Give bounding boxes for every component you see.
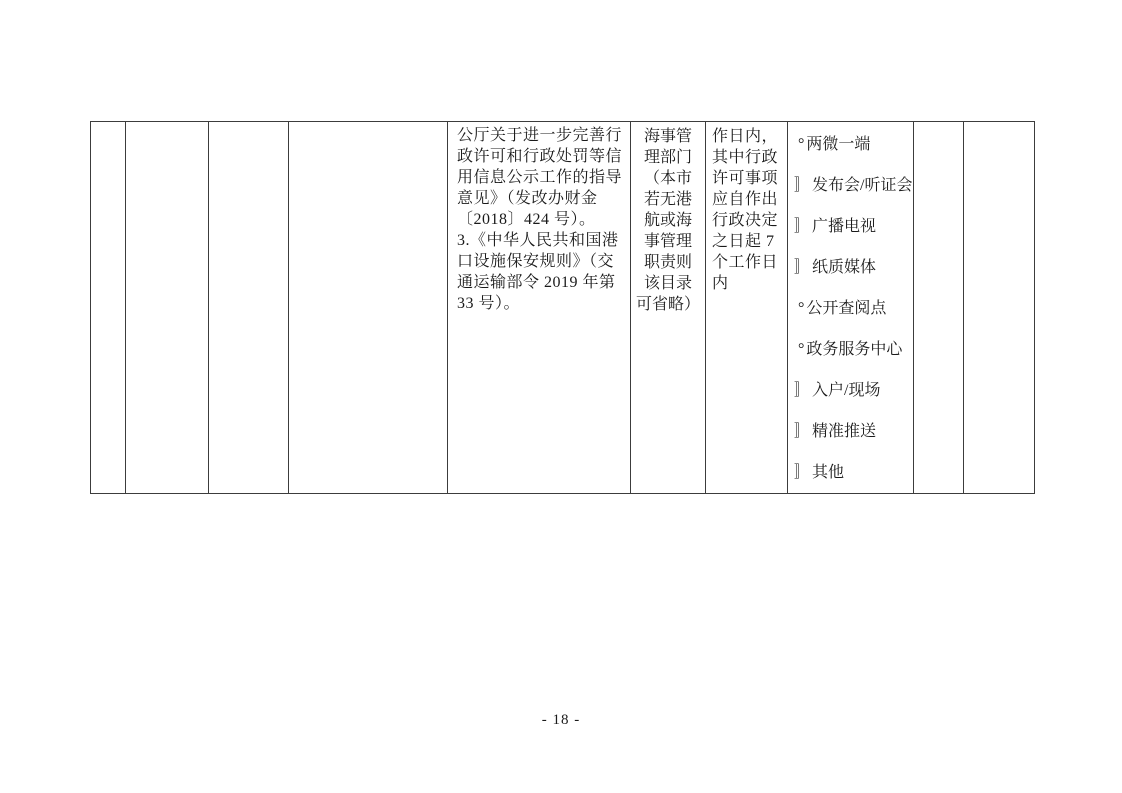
- publicity-item-label: 其他: [812, 464, 844, 481]
- publicity-item-label: 入户/现场: [812, 382, 880, 399]
- cell-publicity-channels: °两微一端 〛发布会/听证会 〛广播电视 〛纸质媒体 °公开查阅点 °政务服务中…: [788, 122, 914, 494]
- publicity-item: °两微一端: [794, 124, 911, 165]
- publicity-item: 〛发布会/听证会: [794, 165, 911, 206]
- checkbox-marker-icon: °: [794, 288, 804, 329]
- publicity-item-label: 两微一端: [806, 136, 870, 153]
- publicity-item-label: 发布会/听证会: [812, 177, 912, 194]
- cell-col4-empty: [289, 122, 448, 494]
- cell-time-limit: 作日内， 其中行政 许可事项 应自作出 行政决定 之日起 7 个工作日 内: [706, 122, 788, 494]
- document-page: 公厅关于进一步完善行 政许可和行政处罚等信 用信息公示工作的指导 意见》（发改办…: [0, 0, 1122, 793]
- checkbox-marker-icon: 〛: [794, 411, 810, 452]
- cell-legal-basis: 公厅关于进一步完善行 政许可和行政处罚等信 用信息公示工作的指导 意见》（发改办…: [448, 122, 631, 494]
- cell-implementing-department: 海事管 理部门 （本市 若无港 航或海 事管理 职责则 该目录 可省略）: [631, 122, 706, 494]
- checkbox-marker-icon: 〛: [794, 206, 810, 247]
- publicity-item-label: 广播电视: [812, 218, 876, 235]
- cell-col9-empty: [914, 122, 964, 494]
- table-row: 公厅关于进一步完善行 政许可和行政处罚等信 用信息公示工作的指导 意见》（发改办…: [91, 122, 1035, 494]
- checkbox-marker-icon: 〛: [794, 452, 810, 493]
- publicity-item: °政务服务中心: [794, 329, 911, 370]
- publicity-item-label: 政务服务中心: [806, 341, 902, 358]
- publicity-item: °公开查阅点: [794, 288, 911, 329]
- publicity-item-label: 精准推送: [812, 423, 876, 440]
- checkbox-marker-icon: 〛: [794, 165, 810, 206]
- checkbox-marker-icon: 〛: [794, 247, 810, 288]
- checkbox-marker-icon: °: [794, 124, 804, 165]
- cell-col2-empty: [126, 122, 209, 494]
- publicity-item-label: 纸质媒体: [812, 259, 876, 276]
- cell-col10-empty: [964, 122, 1035, 494]
- publicity-item: 〛其他: [794, 452, 911, 493]
- publicity-item: 〛纸质媒体: [794, 247, 911, 288]
- cell-col1-empty: [91, 122, 126, 494]
- publicity-item: 〛广播电视: [794, 206, 911, 247]
- checkbox-marker-icon: °: [794, 329, 804, 370]
- publicity-item-label: 公开查阅点: [806, 300, 886, 317]
- publicity-item: 〛精准推送: [794, 411, 911, 452]
- page-number: - 18 -: [0, 712, 1122, 729]
- checkbox-marker-icon: 〛: [794, 370, 810, 411]
- cell-col3-empty: [209, 122, 289, 494]
- publicity-item: 〛入户/现场: [794, 370, 911, 411]
- administrative-items-table: 公厅关于进一步完善行 政许可和行政处罚等信 用信息公示工作的指导 意见》（发改办…: [90, 121, 1035, 494]
